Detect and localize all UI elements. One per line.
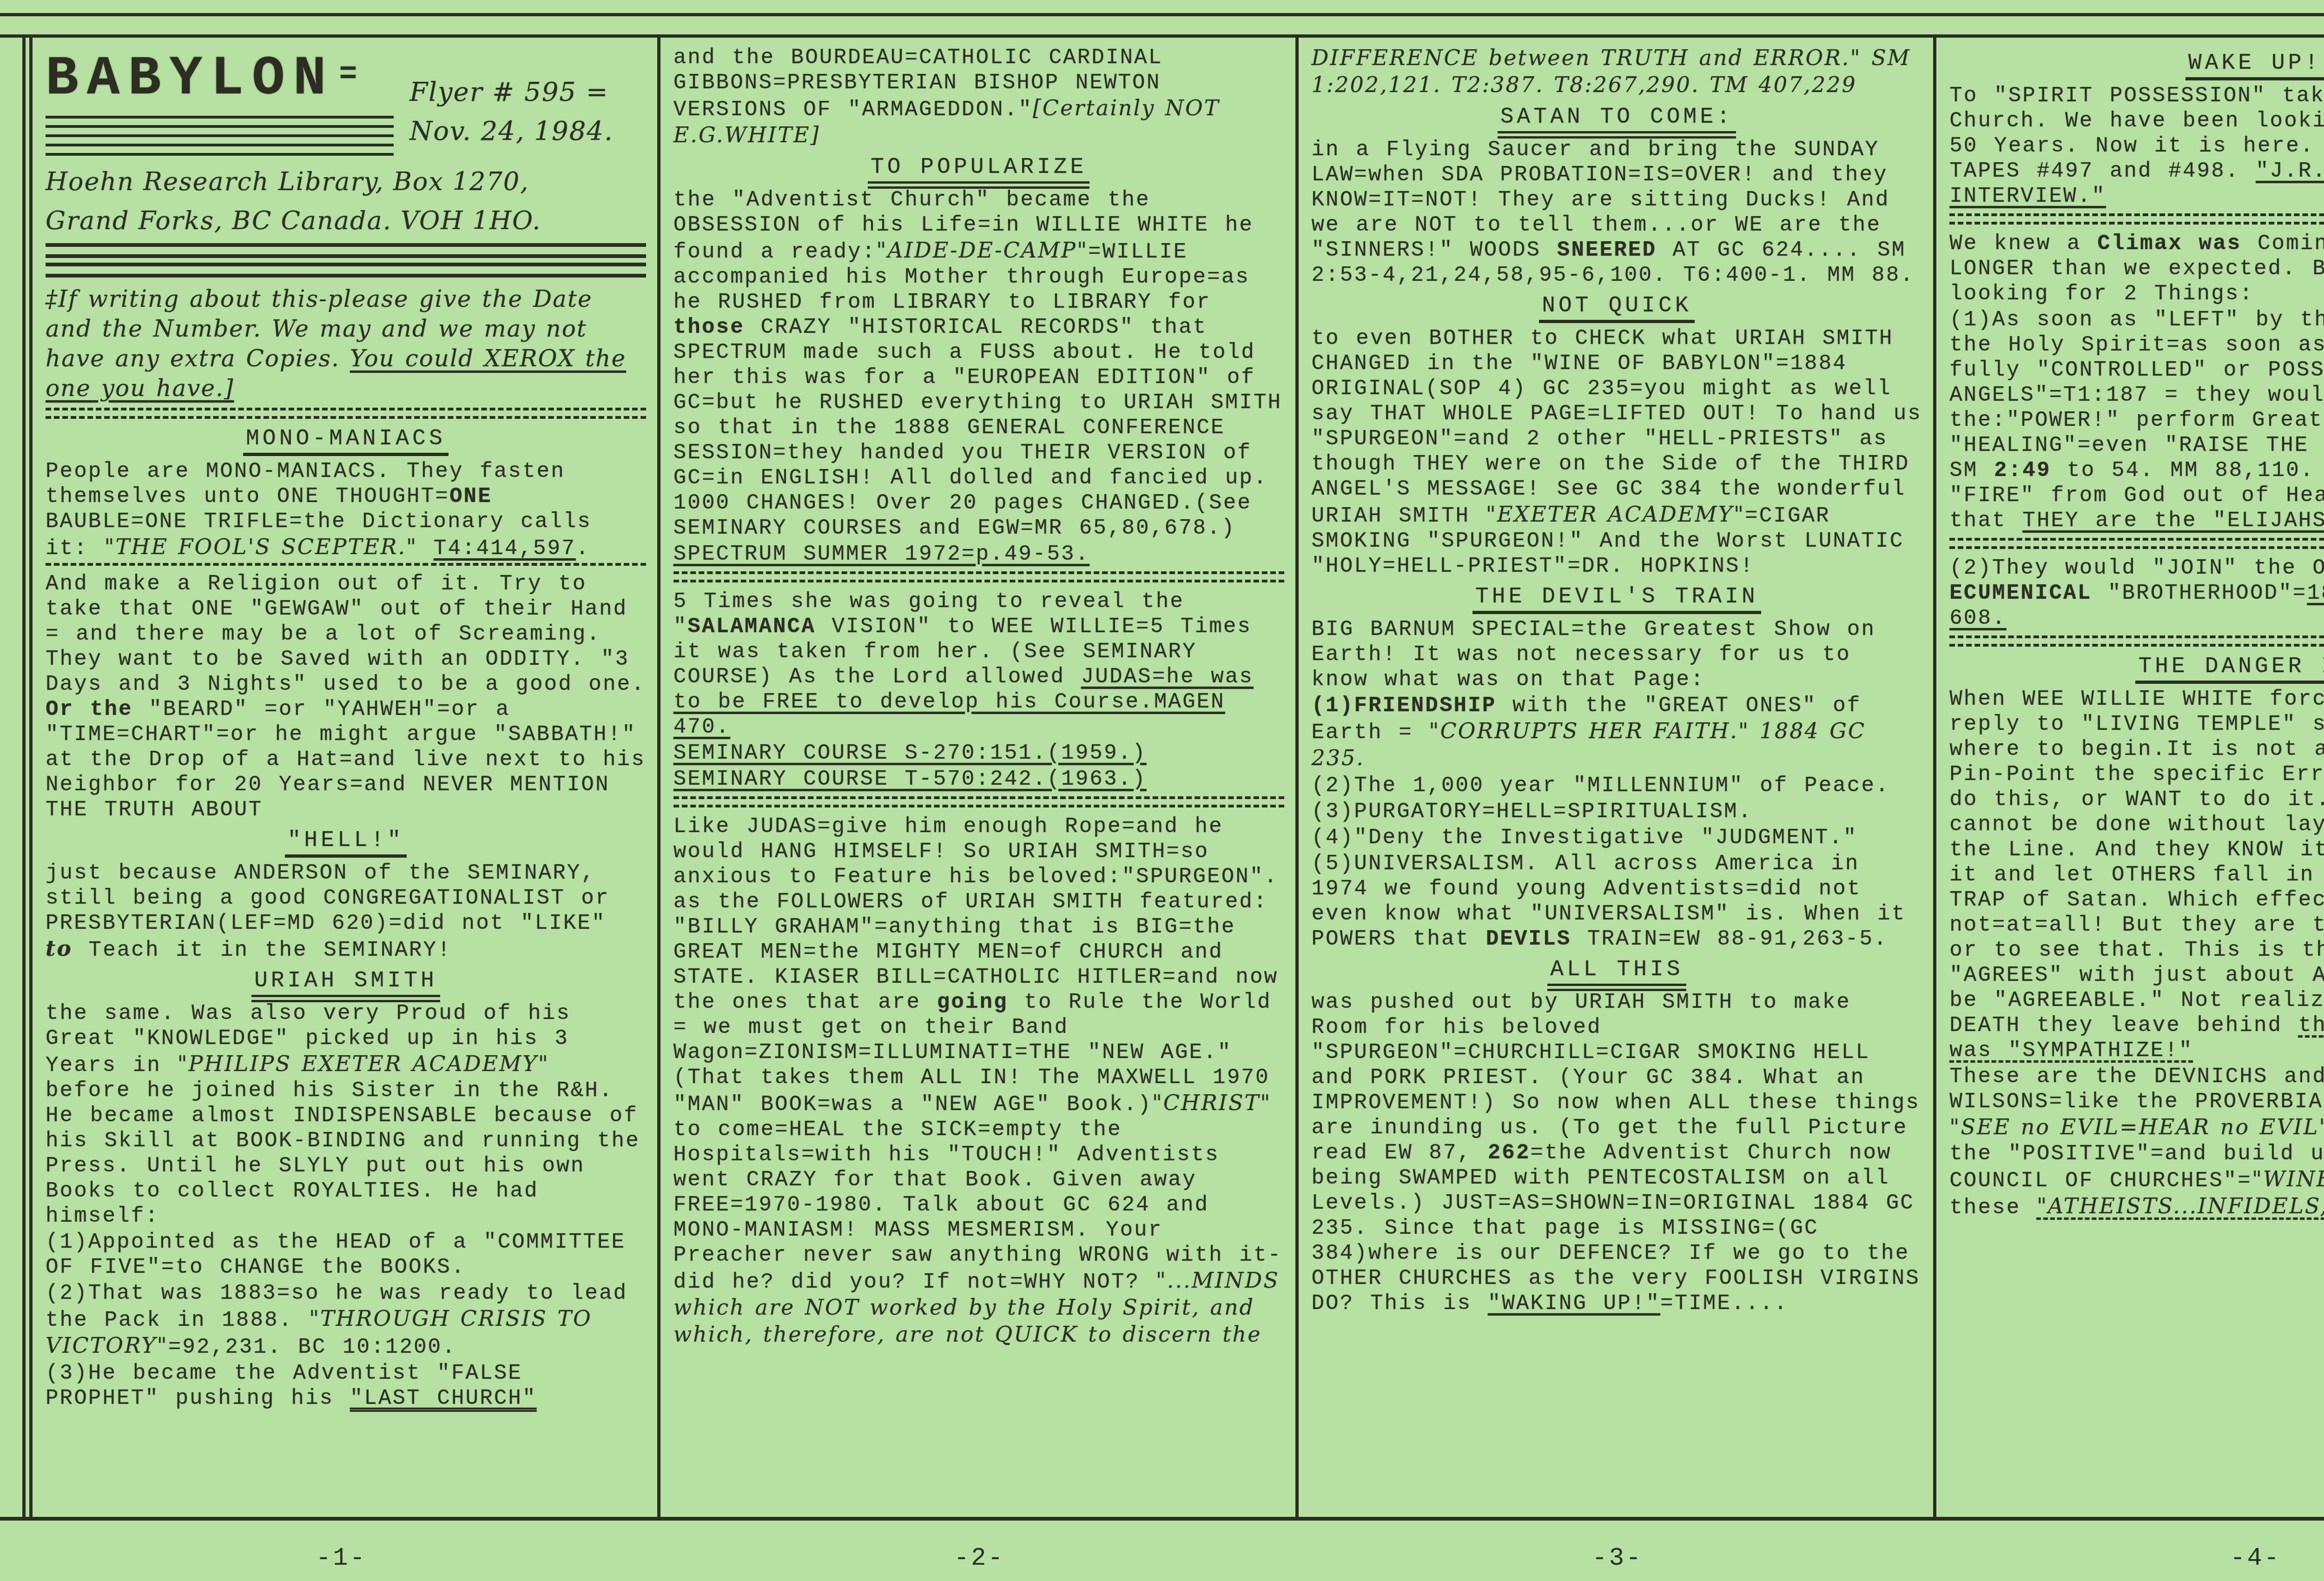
paragraph: (1)As soon as "LEFT" by the ANGELS and t… (1949, 307, 2324, 533)
dashed-divider (46, 563, 646, 566)
paragraph: 5 Times she was going to reveal the "SAL… (673, 589, 1284, 740)
page-number-2: -2- (660, 1544, 1299, 1573)
text-run: "SEE no EVIL=HEAR no EVIL" (1949, 1114, 2324, 1139)
text-run: 262 (1488, 1141, 1531, 1165)
paragraph: (2)The 1,000 year "MILLENNIUM" of Peace. (1312, 773, 1922, 798)
section-heading: THE DEVIL'S TRAIN (1312, 583, 1922, 610)
paragraph: These are the DEVNICHS and the WILSONS=l… (1949, 1064, 2324, 1220)
text-run: (2)The 1,000 year "MILLENNIUM" of Peace. (1312, 774, 1890, 798)
publication-title: BABYLON= (46, 45, 394, 109)
section-heading: URIAH SMITH (46, 967, 646, 994)
text-run: "PHILIPS EXETER ACADEMY" (177, 1051, 549, 1076)
section-heading: TO POPULARIZE (673, 154, 1284, 181)
page-footer: -1- -2- -3- -4- (22, 1544, 2324, 1573)
text-run: ONE (449, 484, 492, 509)
section-heading-text: "HELL!" (285, 828, 407, 858)
paragraph: the "Adventist Church" became the OBSESS… (673, 187, 1284, 541)
paragraph: just because ANDERSON of the SEMINARY, s… (46, 860, 646, 963)
scanned-flyer-page: BABYLON= Flyer # 595 = Nov. 24, 1984. Ho… (0, 0, 2324, 1581)
paragraph: (3)PURGATORY=HELL=SPIRITUALISM. (1312, 799, 1922, 824)
section-heading: WAKE UP! (1949, 50, 2324, 77)
section-heading-text: TO POPULARIZE (868, 155, 1089, 189)
masthead-title-block: BABYLON= (46, 45, 394, 159)
text-run: "ATHEISTS...INFIDELS, men who PRO- (2037, 1193, 2324, 1218)
text-run: "BEARD" =or "YAHWEH"=or a "TIME=CHART"=o… (46, 697, 646, 822)
section-heading-text: URIAH SMITH (251, 968, 440, 1002)
masthead: BABYLON= Flyer # 595 = Nov. 24, 1984. Ho… (46, 45, 646, 278)
column-3: DIFFERENCE between TRUTH and ERROR." SM … (1299, 38, 1937, 1518)
page-number-4: -4- (1936, 1544, 2324, 1573)
text-run: "BROTHERHOOD"= (2092, 581, 2307, 605)
section-heading: NOT QUICK (1312, 292, 1922, 319)
text-run: "THE FOOL'S SCEPTER." (104, 534, 417, 559)
text-run: SEMINARY COURSE S-270:151.(1959.) (673, 741, 1147, 765)
page-number-1: -1- (22, 1544, 660, 1573)
dashed-divider (1949, 635, 2324, 647)
address-line-1: Hoehn Research Library, Box 1270, (46, 166, 646, 198)
paragraph: SEMINARY COURSE S-270:151.(1959.) (673, 741, 1284, 766)
bottom-rule (0, 1517, 2324, 1521)
text-run: =the Adventist Church now being SWAMPED … (1312, 1141, 1920, 1316)
text-run: Or the (46, 697, 133, 721)
column-2-text: and the BOURDEAU=CATHOLIC CARDINAL GIBBO… (673, 45, 1284, 1349)
paragraph: (4)"Deny the Investigative "JUDGMENT." (1312, 825, 1922, 850)
text-run: "CHRIST" (1152, 1090, 1272, 1115)
text-run: SNEERED (1557, 238, 1657, 262)
paragraph: People are MONO-MANIACS. They fasten the… (46, 459, 646, 561)
text-run: SPECTRUM SUMMER 1972=p.49-53. (673, 542, 1090, 566)
paragraph: (1)Appointed as the HEAD of a "COMMITTEE… (46, 1230, 646, 1280)
publication-title-text: BABYLON (46, 48, 335, 110)
text-run: T4:414,597 (434, 536, 576, 561)
text-run: these (1949, 1196, 2037, 1220)
paragraph: was pushed out by URIAH SMITH to make Ro… (1312, 990, 1922, 1316)
page-number-3: -3- (1299, 1544, 1937, 1573)
text-run: "WINE and DINE" (2252, 1166, 2324, 1191)
column-2: and the BOURDEAU=CATHOLIC CARDINAL GIBBO… (660, 38, 1299, 1518)
dashed-divider (673, 571, 1284, 582)
dashed-divider (46, 408, 646, 419)
text-run: "EXETER ACADEMY" (1486, 502, 1745, 527)
text-run: SALAMANCA (687, 615, 815, 639)
section-heading: "HELL!" (46, 827, 646, 854)
dashed-divider (1949, 213, 2324, 225)
paragraph: (3)He became the Adventist "FALSE PROPHE… (46, 1361, 646, 1411)
section-heading: MONO-MANIACS (46, 425, 646, 452)
text-run: (1)FRIENDSHIP (1312, 694, 1497, 718)
text-run: 2:49 (1994, 458, 2051, 483)
text-run: was pushed out by URIAH SMITH to make Ro… (1312, 990, 1920, 1165)
text-run: to even BOTHER to CHECK what URIAH SMITH… (1312, 326, 1922, 528)
paragraph: (2)That was 1883=so he was ready to lead… (46, 1281, 646, 1360)
paragraph: (5)UNIVERSALISM. All across America in 1… (1312, 851, 1922, 952)
text-run: (4)"Deny the Investigative "JUDGMENT." (1312, 826, 1858, 850)
text-run: These are the DEVNICHS and the WILSONS=l… (1949, 1065, 2324, 1114)
masthead-divider-1 (46, 243, 646, 258)
text-run: And make a Religion out of it. Try to ta… (46, 572, 646, 696)
paragraph: We knew a Climax was Coming=it took much… (1949, 231, 2324, 306)
text-run: . (576, 536, 590, 561)
section-heading: SATAN TO COME: (1312, 104, 1922, 131)
paragraph: SEMINARY COURSE T-570:242.(1963.) (673, 767, 1284, 792)
publication-title-equals: = (339, 58, 357, 92)
text-run: Climax was (2097, 232, 2241, 256)
dashed-divider (673, 796, 1284, 807)
text-run: going (937, 990, 1008, 1014)
masthead-top: BABYLON= Flyer # 595 = Nov. 24, 1984. (46, 45, 646, 159)
section-heading: ALL THIS (1312, 956, 1922, 983)
handwritten-note: ‡If writing about this-please give the D… (46, 284, 646, 403)
paragraph: to even BOTHER to CHECK what URIAH SMITH… (1312, 326, 1922, 579)
text-run: SEMINARY COURSE T-570:242.(1963.) (673, 767, 1147, 791)
text-run: before he joined his Sister in the R&H. … (46, 1078, 640, 1228)
top-rule-inner (0, 34, 2324, 38)
masthead-rule-stripes (46, 116, 394, 159)
text-run (417, 536, 434, 561)
paragraph: DIFFERENCE between TRUTH and ERROR." SM … (1312, 45, 1922, 99)
text-run: BIG BARNUM SPECIAL=the Greatest Show on … (1312, 617, 1876, 692)
text-run: =TIME.... (1660, 1291, 1788, 1316)
paragraph: (1)FRIENDSHIP with the "GREAT ONES" of E… (1312, 693, 1922, 772)
text-run: DIFFERENCE between TRUTH and ERROR." SM … (1312, 45, 1911, 97)
dashed-divider (1949, 538, 2324, 549)
text-run: those (673, 315, 745, 339)
column-4-text: WAKE UP!To "SPIRIT POSSESSION" taking ov… (1949, 50, 2324, 1220)
text-run: THEY are the "ELIJAHS!" (2022, 509, 2324, 533)
paragraph: BIG BARNUM SPECIAL=the Greatest Show on … (1312, 617, 1922, 692)
paragraph: SPECTRUM SUMMER 1972=p.49-53. (673, 542, 1284, 567)
section-heading-text: WAKE UP! (2185, 51, 2324, 80)
text-run: =92,231. BC 10:1200. (168, 1335, 456, 1359)
masthead-divider-2 (46, 263, 646, 278)
column-grid: BABYLON= Flyer # 595 = Nov. 24, 1984. Ho… (22, 38, 2324, 1518)
text-run: Like JUDAS=give him enough Rope=and he w… (673, 814, 1278, 1014)
flyer-date: Nov. 24, 1984. (409, 112, 646, 151)
section-heading: THE DANGER IS: (1949, 653, 2324, 680)
section-heading-text: NOT QUICK (1539, 293, 1694, 323)
text-run: We knew a (1949, 232, 2097, 256)
paragraph: (2)They would "JOIN" the OTHER CHURCHES … (1949, 556, 2324, 631)
section-heading-text: THE DEVIL'S TRAIN (1472, 584, 1761, 614)
paragraph: the same. Was also very Proud of his Gre… (46, 1001, 646, 1229)
text-run: TRAIN=EW 88-91,263-5. (1571, 927, 1888, 951)
text-run: "WAKING UP!" (1488, 1291, 1660, 1316)
text-run: just because ANDERSON of the SEMINARY, s… (46, 861, 610, 935)
flyer-info: Flyer # 595 = Nov. 24, 1984. (394, 45, 646, 151)
text-run: DEVILS (1486, 927, 1571, 951)
text-run: to (46, 936, 73, 961)
column-1: BABYLON= Flyer # 595 = Nov. 24, 1984. Ho… (22, 38, 660, 1518)
text-run: (1)As soon as "LEFT" by the ANGELS and t… (1949, 308, 2324, 483)
section-heading-text: SATAN TO COME: (1498, 105, 1736, 139)
column-4: WAKE UP!To "SPIRIT POSSESSION" taking ov… (1936, 38, 2324, 1518)
text-run: (1)Appointed as the HEAD of a "COMMITTEE… (46, 1230, 626, 1279)
text-run: CRAZY "HISTORICAL RECORDS" that SPECTRUM… (673, 315, 1282, 540)
paragraph: Like JUDAS=give him enough Rope=and he w… (673, 814, 1284, 1349)
text-run: (3)PURGATORY=HELL=SPIRITUALISM. (1312, 800, 1753, 824)
paragraph: in a Flying Saucer and bring the SUNDAY … (1312, 137, 1922, 288)
text-run: "AIDE-DE-CAMP" (876, 238, 1088, 263)
section-heading-text: ALL THIS (1547, 957, 1686, 991)
address-line-2: Grand Forks, BC Canada. VOH 1HO. (46, 205, 646, 237)
text-run: "LAST CHURCH" (350, 1386, 537, 1410)
flyer-number: Flyer # 595 = (409, 73, 646, 112)
section-heading-text: MONO-MANIACS (243, 426, 449, 456)
column-1-text: ‡If writing about this-please give the D… (46, 284, 646, 1411)
column-3-text: DIFFERENCE between TRUTH and ERROR." SM … (1312, 45, 1922, 1316)
paragraph: When WEE WILLIE WHITE forced his Mother … (1949, 687, 2324, 1063)
text-run: Teach it in the SEMINARY! (73, 938, 452, 962)
paragraph: To "SPIRIT POSSESSION" taking over this … (1949, 83, 2324, 209)
text-run: ECUMENICAL (1949, 581, 2092, 605)
paragraph: And make a Religion out of it. Try to ta… (46, 571, 646, 822)
paragraph: and the BOURDEAU=CATHOLIC CARDINAL GIBBO… (673, 45, 1284, 149)
text-run: (2)They would "JOIN" the OTHER CHURCHES … (1949, 556, 2324, 580)
top-rule-outer (0, 13, 2324, 16)
section-heading-text: THE DANGER IS: (2135, 654, 2324, 684)
text-run: When WEE WILLIE WHITE forced his Mother … (1949, 687, 2324, 1038)
